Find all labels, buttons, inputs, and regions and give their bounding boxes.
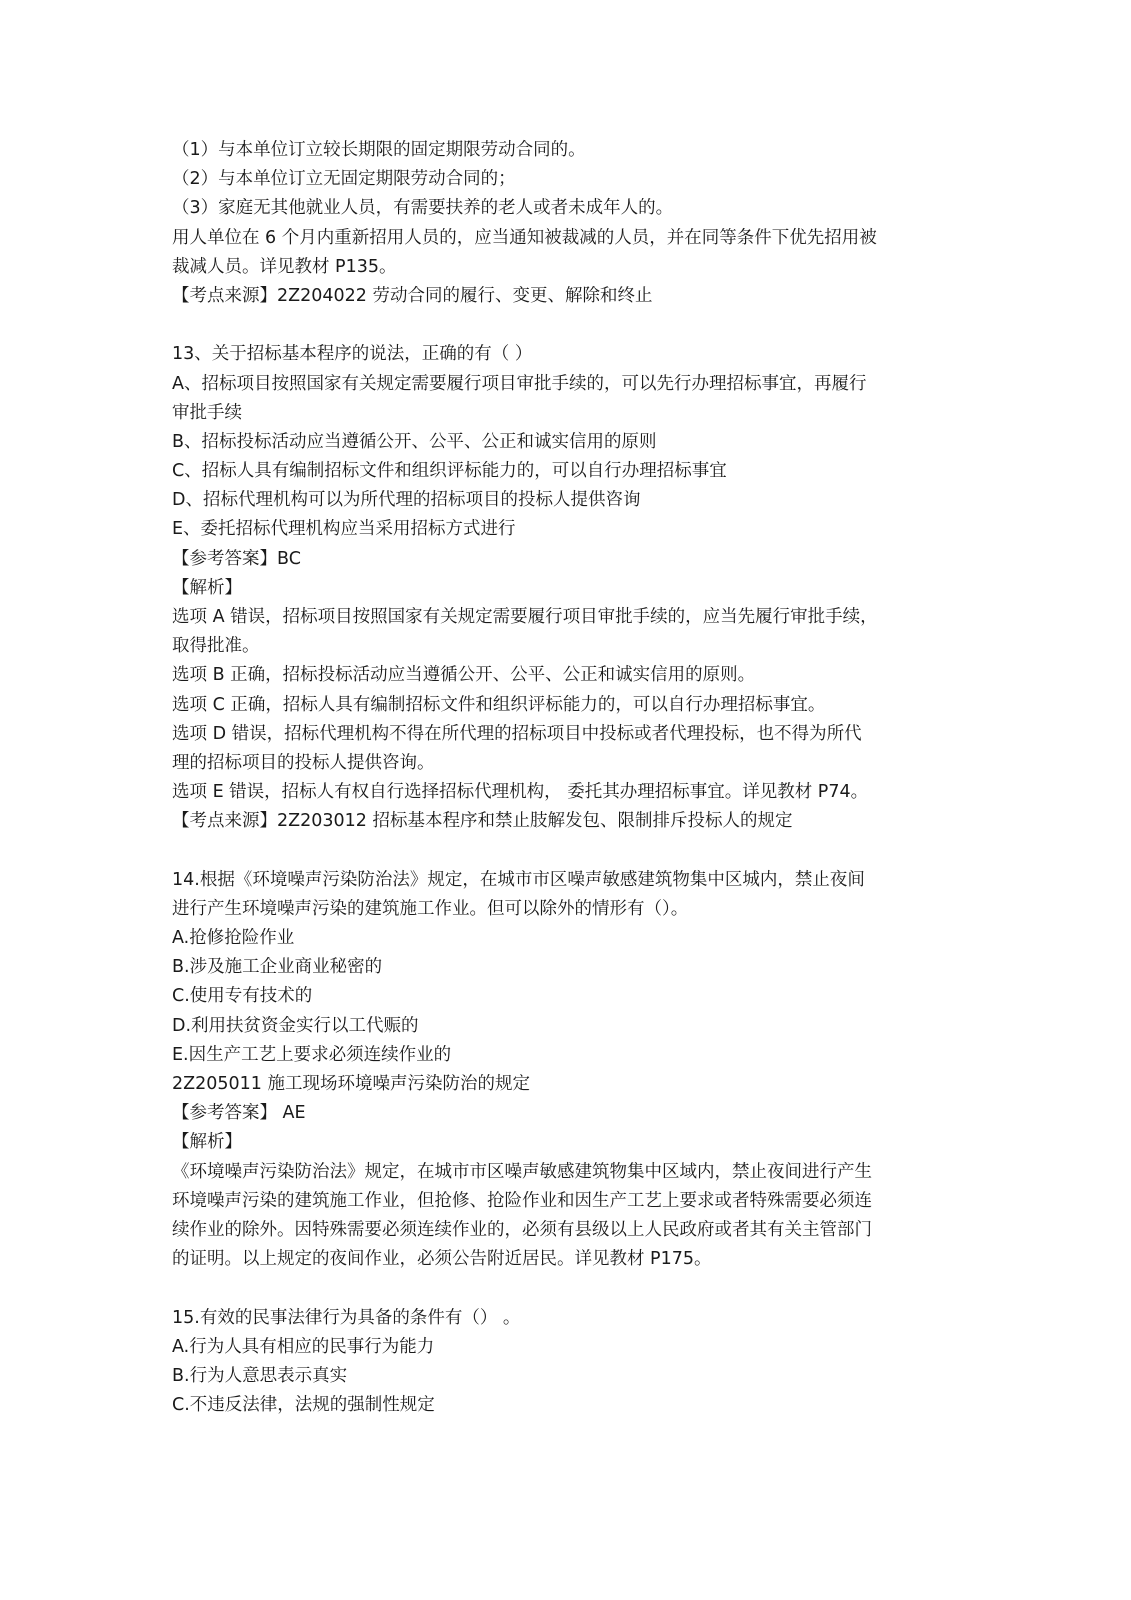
question-15-title: 15.有效的民事法律行为具备的条件有（） 。	[172, 1304, 962, 1333]
spacer	[172, 837, 962, 866]
topic-code: 2Z205011 施工现场环境噪声污染防治的规定	[172, 1070, 962, 1099]
spacer	[172, 1274, 962, 1303]
analysis-line: 环境噪声污染的建筑施工作业，但抢修、抢险作业和因生产工艺上要求或者特殊需要必须连	[172, 1187, 962, 1216]
analysis-line: 选项 B 正确，招标投标活动应当遵循公开、公平、公正和诚实信用的原则。	[172, 661, 962, 690]
paragraph-line: 用人单位在 6 个月内重新招用人员的，应当通知被裁减的人员，并在同等条件下优先招…	[172, 224, 962, 253]
option-b: B、招标投标活动应当遵循公开、公平、公正和诚实信用的原则	[172, 428, 962, 457]
source-note: 【考点来源】2Z204022 劳动合同的履行、变更、解除和终止	[172, 282, 962, 311]
paragraph-line: 裁减人员。详见教材 P135。	[172, 253, 962, 282]
page-content: （1）与本单位订立较长期限的固定期限劳动合同的。 （2）与本单位订立无固定期限劳…	[172, 136, 962, 1420]
option-c: C.使用专有技术的	[172, 982, 962, 1011]
answer: 【参考答案】BC	[172, 545, 962, 574]
analysis-line: 续作业的除外。因特殊需要必须连续作业的，必须有县级以上人民政府或者其有关主管部门	[172, 1216, 962, 1245]
analysis-line: 《环境噪声污染防治法》规定，在城市市区噪声敏感建筑物集中区域内，禁止夜间进行产生	[172, 1158, 962, 1187]
analysis-line: 选项 D 错误，招标代理机构不得在所代理的招标项目中投标或者代理投标，也不得为所…	[172, 720, 962, 749]
analysis-line: 选项 A 错误，招标项目按照国家有关规定需要履行项目审批手续的，应当先履行审批手…	[172, 603, 962, 632]
option-a: A、招标项目按照国家有关规定需要履行项目审批手续的，可以先行办理招标事宜，再履行	[172, 370, 962, 399]
option-c: C、招标人具有编制招标文件和组织评标能力的，可以自行办理招标事宜	[172, 457, 962, 486]
option-d: D.利用扶贫资金实行以工代赈的	[172, 1012, 962, 1041]
question-14-title-continued: 进行产生环境噪声污染的建筑施工作业。但可以除外的情形有（）。	[172, 895, 962, 924]
option-b: B.行为人意思表示真实	[172, 1362, 962, 1391]
source-note: 【考点来源】2Z203012 招标基本程序和禁止肢解发包、限制排斥投标人的规定	[172, 807, 962, 836]
option-c: C.不违反法律，法规的强制性规定	[172, 1391, 962, 1420]
analysis-label: 【解析】	[172, 574, 962, 603]
option-a-continued: 审批手续	[172, 399, 962, 428]
question-14-title: 14.根据《环境噪声污染防治法》规定，在城市市区噪声敏感建筑物集中区城内，禁止夜…	[172, 866, 962, 895]
list-item: （2）与本单位订立无固定期限劳动合同的；	[172, 165, 962, 194]
spacer	[172, 311, 962, 340]
analysis-line: 取得批准。	[172, 632, 962, 661]
option-a: A.抢修抢险作业	[172, 924, 962, 953]
option-a: A.行为人具有相应的民事行为能力	[172, 1333, 962, 1362]
analysis-line: 理的招标项目的投标人提供咨询。	[172, 749, 962, 778]
analysis-line: 选项 E 错误，招标人有权自行选择招标代理机构， 委托其办理招标事宜。详见教材 …	[172, 778, 962, 807]
answer: 【参考答案】 AE	[172, 1099, 962, 1128]
option-d: D、招标代理机构可以为所代理的招标项目的投标人提供咨询	[172, 486, 962, 515]
list-item: （1）与本单位订立较长期限的固定期限劳动合同的。	[172, 136, 962, 165]
list-item: （3）家庭无其他就业人员，有需要扶养的老人或者未成年人的。	[172, 194, 962, 223]
analysis-line: 选项 C 正确，招标人具有编制招标文件和组织评标能力的，可以自行办理招标事宜。	[172, 691, 962, 720]
document-page: （1）与本单位订立较长期限的固定期限劳动合同的。 （2）与本单位订立无固定期限劳…	[0, 0, 1131, 1600]
question-13-title: 13、关于招标基本程序的说法，正确的有（ ）	[172, 340, 962, 369]
option-b: B.涉及施工企业商业秘密的	[172, 953, 962, 982]
analysis-line: 的证明。以上规定的夜间作业，必须公告附近居民。详见教材 P175。	[172, 1245, 962, 1274]
option-e: E.因生产工艺上要求必须连续作业的	[172, 1041, 962, 1070]
analysis-label: 【解析】	[172, 1128, 962, 1157]
option-e: E、委托招标代理机构应当采用招标方式进行	[172, 515, 962, 544]
